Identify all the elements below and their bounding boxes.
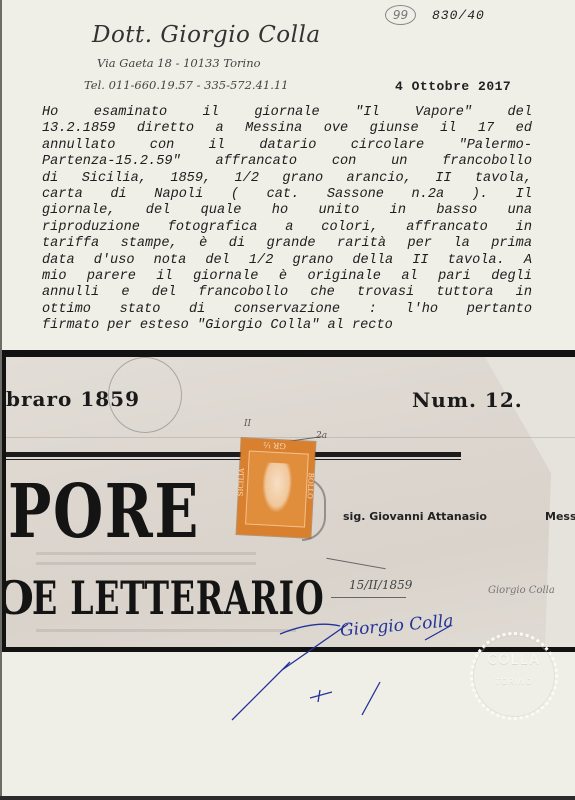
body-line: Partenza-15.2.59" affrancato con un fran… bbox=[42, 154, 532, 170]
body-line: Ho esaminato il giornale "Il Vapore" del bbox=[42, 105, 532, 121]
circled-mark: 99 bbox=[385, 5, 416, 25]
stamp-half-grano: GR ½ SICILIA BOLLO bbox=[237, 438, 316, 538]
scan-bottom-edge bbox=[0, 796, 575, 800]
body-line: giornale, del quale ho unito in basso un… bbox=[42, 203, 532, 219]
body-line: mio parere il giornale è originale al pa… bbox=[42, 269, 532, 285]
body-line: riproduzione fotografica a colori, affra… bbox=[42, 220, 532, 236]
pencil-arrival-date: 15/II/1859 bbox=[349, 578, 412, 592]
letterhead-phone: Tel. 011-660.19.57 - 335-572.41.11 bbox=[84, 78, 289, 92]
body-line: data d'uso nota del 1/2 grano della II t… bbox=[42, 253, 532, 269]
pencil-plate-mark: II bbox=[244, 419, 251, 429]
body-line: di Sicilia, 1859, 1/2 grano arancio, II … bbox=[42, 171, 532, 187]
newspaper-title: PORE bbox=[8, 475, 200, 549]
destination: Messi bbox=[545, 510, 575, 523]
newspaper-photo: braro 1859 Num. 12. PORE O E LETTERARIO … bbox=[2, 350, 575, 652]
masthead-date: braro 1859 bbox=[6, 387, 140, 411]
body-line: firmato per esteso "Giorgio Colla" al re… bbox=[42, 318, 532, 334]
letterhead-address: Via Gaeta 18 - 10133 Torino bbox=[97, 56, 261, 70]
issue-number: Num. 12. bbox=[412, 388, 523, 412]
newspaper-paper: braro 1859 Num. 12. PORE O E LETTERARIO … bbox=[6, 357, 575, 647]
certificate-body: Ho esaminato il giornale "Il Vapore" del… bbox=[42, 105, 532, 334]
embossed-seal: COLLA TORINO bbox=[470, 632, 558, 720]
newspaper-subtitle: E LETTERARIO bbox=[32, 575, 324, 621]
pencil-catalog-note: 2a bbox=[316, 431, 327, 441]
body-line: ottimo stato di conservazione : l'ho per… bbox=[42, 302, 532, 318]
body-line: annulli e del francobollo che trovasi tu… bbox=[42, 285, 532, 301]
addressee: sig. Giovanni Attanasio bbox=[343, 510, 487, 523]
body-line: 13.2.1859 diretto a Messina ove giunse i… bbox=[42, 121, 532, 137]
certificate-number: 830/40 bbox=[432, 8, 485, 23]
pencil-signature: Giorgio Colla bbox=[488, 585, 555, 596]
body-line: carta di Napoli ( cat. Sassone n.2a ). I… bbox=[42, 187, 532, 203]
letterhead-name: Dott. Giorgio Colla bbox=[92, 22, 321, 48]
certificate-date: 4 Ottobre 2017 bbox=[395, 79, 511, 94]
body-line: annullato con il datario circolare "Pale… bbox=[42, 138, 532, 154]
body-line: tariffa stampe, è di grande rarità per l… bbox=[42, 236, 532, 252]
king-portrait bbox=[261, 462, 294, 514]
masthead-rule bbox=[6, 452, 461, 457]
